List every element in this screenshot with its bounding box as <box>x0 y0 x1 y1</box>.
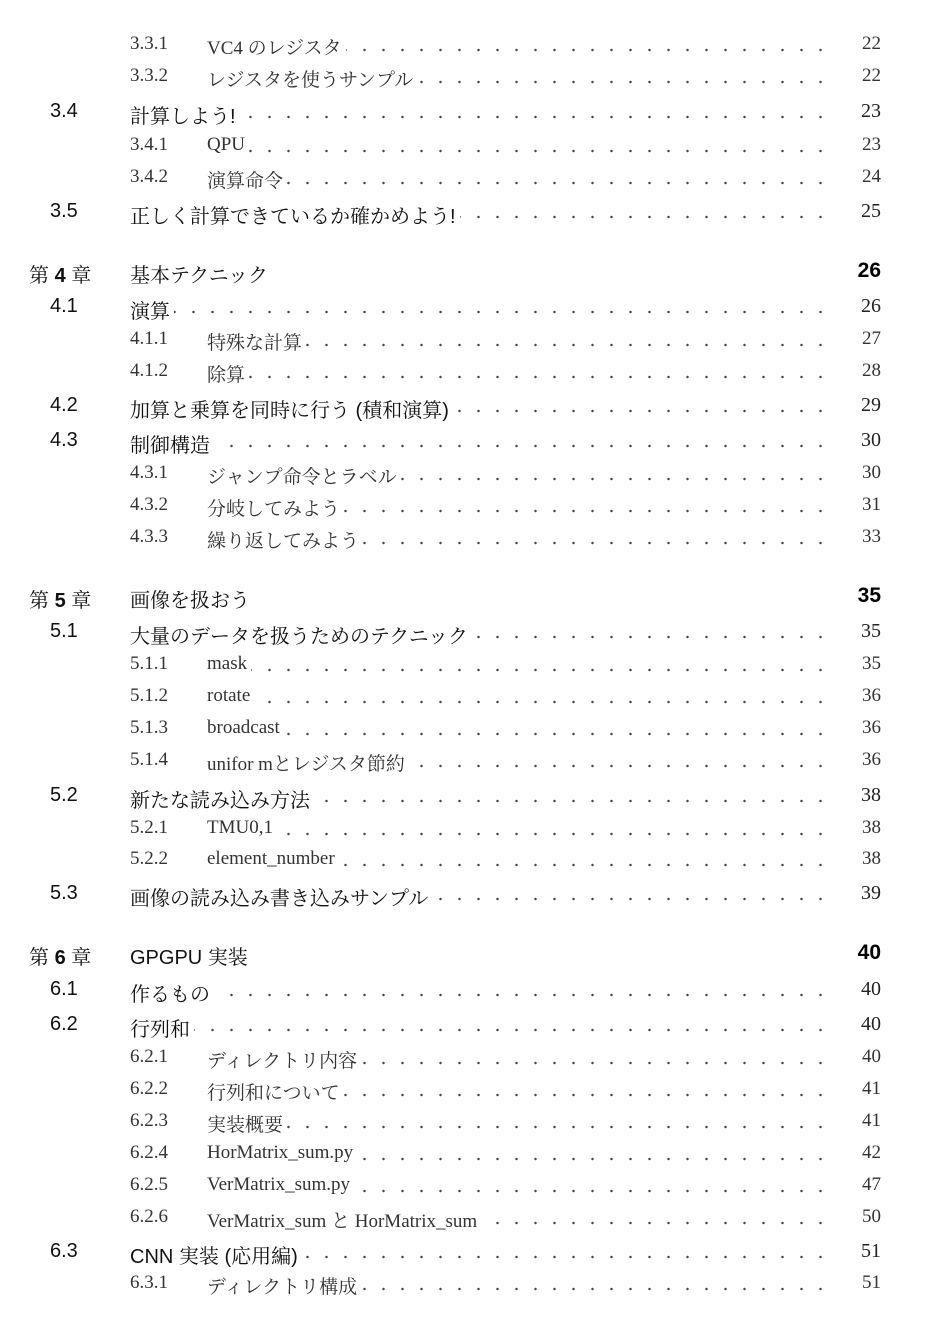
toc-subsection-entry[interactable]: 5.1.4unifor mとレジスタ節約36 <box>0 749 944 779</box>
page-number: 36 <box>862 749 881 771</box>
section-number: 4.1 <box>50 295 78 318</box>
entry-title: 画像を扱おう <box>130 584 250 613</box>
chapter-digit: 6 <box>55 947 66 969</box>
entry-title: ジャンプ命令とラベル <box>207 462 401 489</box>
page-number: 22 <box>862 65 881 87</box>
chapter-suffix: 章 <box>71 265 91 287</box>
chapter-number: 第 4 章 <box>29 259 91 288</box>
chapter-number: 第 6 章 <box>29 941 91 970</box>
toc-subsection-entry[interactable]: 3.3.2レジスタを使うサンプル22 <box>0 65 944 95</box>
page-number: 28 <box>862 360 881 382</box>
page-number: 35 <box>858 584 881 608</box>
dot-leader <box>207 653 836 683</box>
page-number: 51 <box>861 1240 881 1263</box>
section-number: 4.2 <box>50 394 78 417</box>
toc-subsection-entry[interactable]: 6.2.5VerMatrix_sum.py47 <box>0 1174 944 1204</box>
toc-subsection-entry[interactable]: 3.4.2演算命令24 <box>0 166 944 196</box>
subsection-number: 6.2.3 <box>130 1110 168 1132</box>
page-number: 40 <box>858 941 881 965</box>
section-number: 3.5 <box>50 200 78 223</box>
chapter-prefix: 第 <box>29 590 49 612</box>
dot-leader <box>207 360 836 390</box>
page-number: 42 <box>862 1142 881 1164</box>
toc-subsection-entry[interactable]: 4.3.1ジャンプ命令とラベル30 <box>0 462 944 492</box>
toc-subsection-entry[interactable]: 5.1.3broadcast36 <box>0 717 944 747</box>
entry-title: broadcast <box>207 717 284 739</box>
subsection-number: 6.2.5 <box>130 1174 168 1196</box>
toc-section-entry[interactable]: 4.2加算と乗算を同時に行う (積和演算)29 <box>0 394 944 424</box>
dot-leader <box>130 978 836 1008</box>
subsection-number: 5.1.2 <box>130 685 168 707</box>
chapter-prefix: 第 <box>29 947 49 969</box>
section-number: 5.1 <box>50 620 78 643</box>
dot-leader <box>207 1110 836 1140</box>
toc-section-entry[interactable]: 6.1作るもの40 <box>0 978 944 1008</box>
toc-subsection-entry[interactable]: 6.2.1ディレクトリ内容40 <box>0 1046 944 1076</box>
page-number: 23 <box>862 134 881 156</box>
entry-title: ディレクトリ内容 <box>207 1046 361 1073</box>
entry-title: 特殊な計算 <box>207 328 306 355</box>
toc-section-entry[interactable]: 4.1演算26 <box>0 295 944 325</box>
entry-title: 演算命令 <box>207 166 287 193</box>
entry-title: 基本テクニック <box>130 259 268 288</box>
toc-subsection-entry[interactable]: 4.1.1特殊な計算27 <box>0 328 944 358</box>
subsection-number: 3.4.1 <box>130 134 168 156</box>
page-number: 33 <box>862 526 881 548</box>
toc-section-entry[interactable]: 3.5正しく計算できているか確かめよう!25 <box>0 200 944 230</box>
dot-leader <box>207 134 836 164</box>
toc-subsection-entry[interactable]: 6.2.3実装概要41 <box>0 1110 944 1140</box>
page-number: 36 <box>862 717 881 739</box>
entry-title: 作るもの <box>130 978 214 1007</box>
page-number: 26 <box>858 259 881 283</box>
subsection-number: 4.3.3 <box>130 526 168 548</box>
entry-title: mask <box>207 653 251 675</box>
subsection-number: 6.2.2 <box>130 1078 168 1100</box>
subsection-number: 6.2.4 <box>130 1142 168 1164</box>
page-number: 31 <box>862 494 881 516</box>
page-number: 38 <box>861 784 881 807</box>
page-number: 38 <box>862 848 881 870</box>
toc-section-entry[interactable]: 6.3CNN 実装 (応用編)51 <box>0 1240 944 1270</box>
page-number: 41 <box>862 1110 881 1132</box>
page-number: 25 <box>861 200 881 223</box>
page-number: 40 <box>862 1046 881 1068</box>
toc-subsection-entry[interactable]: 6.3.1ディレクトリ構成51 <box>0 1272 944 1302</box>
toc-subsection-entry[interactable]: 5.2.2element_number38 <box>0 848 944 878</box>
section-number: 5.2 <box>50 784 78 807</box>
toc-subsection-entry[interactable]: 5.1.2rotate36 <box>0 685 944 715</box>
entry-title: VerMatrix_sum と HorMatrix_sum <box>207 1206 481 1233</box>
entry-title: レジスタを使うサンプル <box>207 65 417 92</box>
page-number: 36 <box>862 685 881 707</box>
section-number: 3.4 <box>50 100 78 123</box>
subsection-number: 5.2.2 <box>130 848 168 870</box>
toc-section-entry[interactable]: 5.2新たな読み込み方法38 <box>0 784 944 814</box>
entry-title: 繰り返してみよう <box>207 526 363 553</box>
toc-section-entry[interactable]: 5.1大量のデータを扱うためのテクニック35 <box>0 620 944 650</box>
section-number: 6.3 <box>50 1240 78 1263</box>
page-number: 26 <box>861 295 881 318</box>
page-number: 27 <box>862 328 881 350</box>
subsection-number: 5.1.4 <box>130 749 168 771</box>
entry-title: VC4 のレジスタ <box>207 33 346 60</box>
entry-title: 計算しよう! <box>130 100 240 129</box>
chapter-digit: 5 <box>55 590 66 612</box>
dot-leader <box>207 166 836 196</box>
toc-subsection-entry[interactable]: 4.3.3繰り返してみよう33 <box>0 526 944 556</box>
page-number: 40 <box>861 978 881 1001</box>
page-number: 47 <box>862 1174 881 1196</box>
toc-subsection-entry[interactable]: 5.2.1TMU0,138 <box>0 817 944 847</box>
page-number: 30 <box>861 429 881 452</box>
entry-title: HorMatrix_sum.py <box>207 1142 357 1164</box>
subsection-number: 5.2.1 <box>130 817 168 839</box>
section-number: 5.3 <box>50 882 78 905</box>
entry-title: VerMatrix_sum.py <box>207 1174 354 1196</box>
dot-leader <box>130 429 836 459</box>
entry-title: 除算 <box>207 360 249 387</box>
dot-leader <box>207 685 836 715</box>
page-number: 23 <box>861 100 881 123</box>
toc-subsection-entry[interactable]: 3.4.1QPU23 <box>0 134 944 164</box>
toc-chapter-entry[interactable]: 第 6 章GPGPU 実装40 <box>0 941 944 971</box>
entry-title: 行列和について <box>207 1078 344 1105</box>
entry-title: rotate <box>207 685 254 707</box>
entry-title: element_number <box>207 848 339 870</box>
subsection-number: 4.3.1 <box>130 462 168 484</box>
page-number: 29 <box>861 394 881 417</box>
chapter-digit: 4 <box>55 265 66 287</box>
page-number: 24 <box>862 166 881 188</box>
entry-title: 実装概要 <box>207 1110 287 1137</box>
subsection-number: 4.1.2 <box>130 360 168 382</box>
chapter-number: 第 5 章 <box>29 584 91 613</box>
entry-title: TMU0,1 <box>207 817 277 839</box>
subsection-number: 5.1.1 <box>130 653 168 675</box>
subsection-number: 3.4.2 <box>130 166 168 188</box>
page-number: 40 <box>861 1013 881 1036</box>
chapter-suffix: 章 <box>71 947 91 969</box>
subsection-number: 6.2.6 <box>130 1206 168 1228</box>
toc-chapter-entry[interactable]: 第 4 章基本テクニック26 <box>0 259 944 289</box>
chapter-suffix: 章 <box>71 590 91 612</box>
section-number: 4.3 <box>50 429 78 452</box>
toc-section-entry[interactable]: 5.3画像の読み込み書き込みサンプル39 <box>0 882 944 912</box>
dot-leader <box>207 817 836 847</box>
entry-title: 行列和 <box>130 1013 194 1042</box>
entry-title: 演算 <box>130 295 174 324</box>
toc-chapter-entry[interactable]: 第 5 章画像を扱おう35 <box>0 584 944 614</box>
entry-title: 大量のデータを扱うためのテクニック <box>130 620 472 649</box>
subsection-number: 6.2.1 <box>130 1046 168 1068</box>
entry-title: 加算と乗算を同時に行う (積和演算) <box>130 394 453 423</box>
toc-subsection-entry[interactable]: 6.2.2行列和について41 <box>0 1078 944 1108</box>
entry-title: 制御構造 <box>130 429 214 458</box>
dot-leader <box>130 295 836 325</box>
page-number: 30 <box>862 462 881 484</box>
toc-section-entry[interactable]: 6.2行列和40 <box>0 1013 944 1043</box>
entry-title: unifor mとレジスタ節約 <box>207 749 409 776</box>
toc-subsection-entry[interactable]: 4.1.2除算28 <box>0 360 944 390</box>
page-number: 41 <box>862 1078 881 1100</box>
toc-subsection-entry[interactable]: 3.3.1VC4 のレジスタ22 <box>0 33 944 63</box>
toc-section-entry[interactable]: 3.4計算しよう!23 <box>0 100 944 130</box>
page-number: 38 <box>862 817 881 839</box>
page-number: 51 <box>862 1272 881 1294</box>
page-number: 39 <box>861 882 881 905</box>
section-number: 6.1 <box>50 978 78 1001</box>
subsection-number: 4.3.2 <box>130 494 168 516</box>
subsection-number: 3.3.1 <box>130 33 168 55</box>
dot-leader <box>207 717 836 747</box>
entry-title: ディレクトリ構成 <box>207 1272 361 1299</box>
subsection-number: 5.1.3 <box>130 717 168 739</box>
entry-title: 新たな読み込み方法 <box>130 784 314 813</box>
subsection-number: 6.3.1 <box>130 1272 168 1294</box>
entry-title: 分岐してみよう <box>207 494 344 521</box>
toc-section-entry[interactable]: 4.3制御構造30 <box>0 429 944 459</box>
toc-subsection-entry[interactable]: 4.3.2分岐してみよう31 <box>0 494 944 524</box>
chapter-prefix: 第 <box>29 265 49 287</box>
toc-subsection-entry[interactable]: 6.2.4HorMatrix_sum.py42 <box>0 1142 944 1172</box>
entry-title: CNN 実装 (応用編) <box>130 1240 302 1269</box>
subsection-number: 4.1.1 <box>130 328 168 350</box>
page-number: 50 <box>862 1206 881 1228</box>
page-number: 35 <box>862 653 881 675</box>
page-number: 22 <box>862 33 881 55</box>
subsection-number: 3.3.2 <box>130 65 168 87</box>
page-number: 35 <box>861 620 881 643</box>
toc-subsection-entry[interactable]: 6.2.6VerMatrix_sum と HorMatrix_sum50 <box>0 1206 944 1236</box>
entry-title: QPU <box>207 134 249 156</box>
section-number: 6.2 <box>50 1013 78 1036</box>
entry-title: 画像の読み込み書き込みサンプル <box>130 882 432 911</box>
entry-title: 正しく計算できているか確かめよう! <box>130 200 460 229</box>
dot-leader <box>130 1013 836 1043</box>
entry-title: GPGPU 実装 <box>130 941 248 970</box>
toc-subsection-entry[interactable]: 5.1.1mask35 <box>0 653 944 683</box>
